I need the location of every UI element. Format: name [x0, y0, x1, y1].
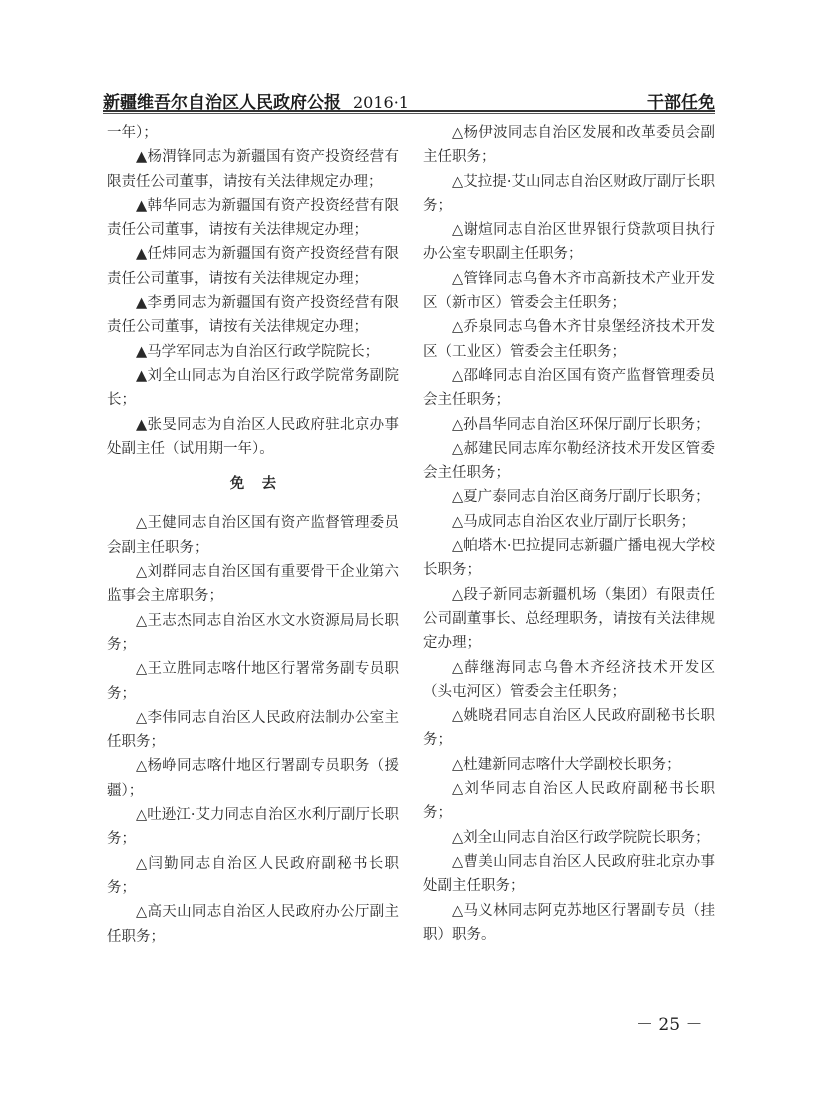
removal-item: △杜建新同志喀什大学副校长职务； [423, 753, 715, 777]
appointment-item: ▲刘全山同志为自治区行政学院常务副院长； [107, 364, 399, 413]
removal-item: △姚晓君同志自治区人民政府副秘书长职务； [423, 704, 715, 753]
removal-heading: 免去 [107, 472, 399, 496]
filled-triangle-icon: ▲ [136, 417, 147, 433]
removal-item: △刘群同志自治区国有重要骨干企业第六监事会主席职务； [107, 560, 399, 609]
hollow-triangle-icon: △ [452, 489, 463, 505]
hollow-triangle-icon: △ [452, 830, 463, 846]
removal-item: △杨伊波同志自治区发展和改革委员会副主任职务； [423, 121, 715, 170]
hollow-triangle-icon: △ [136, 807, 147, 823]
appointment-item: ▲李勇同志为新疆国有资产投资经营有限责任公司董事，请按有关法律规定办理； [107, 291, 399, 340]
hollow-triangle-icon: △ [136, 904, 147, 920]
appointment-item: ▲韩华同志为新疆国有资产投资经营有限责任公司董事，请按有关法律规定办理； [107, 194, 399, 243]
removal-item: △吐逊江·艾力同志自治区水利厅副厅长职务； [107, 803, 399, 852]
removal-item: △高天山同志自治区人民政府办公厅副主任职务； [107, 900, 399, 949]
removal-item: △曹美山同志自治区人民政府驻北京办事处副主任职务； [423, 850, 715, 899]
removal-item: △杨峥同志喀什地区行署副专员职务（援疆）； [107, 754, 399, 803]
removal-item: △刘华同志自治区人民政府副秘书长职务； [423, 777, 715, 826]
hollow-triangle-icon: △ [136, 661, 147, 677]
filled-triangle-icon: ▲ [136, 198, 147, 214]
removal-item: △李伟同志自治区人民政府法制办公室主任职务； [107, 706, 399, 755]
hollow-triangle-icon: △ [136, 515, 147, 531]
removal-item: △谢煊同志自治区世界银行贷款项目执行办公室专职副主任职务； [423, 218, 715, 267]
hollow-triangle-icon: △ [452, 319, 463, 335]
removal-item: △邵峰同志自治区国有资产监督管理委员会主任职务； [423, 364, 715, 413]
hollow-triangle-icon: △ [136, 856, 148, 872]
header-rule-thick [103, 110, 715, 112]
filled-triangle-icon: ▲ [136, 344, 147, 360]
hollow-triangle-icon: △ [452, 174, 463, 190]
removal-item: △薛继海同志乌鲁木齐经济技术开发区（头屯河区）管委会主任职务； [423, 656, 715, 705]
hollow-triangle-icon: △ [452, 708, 463, 724]
removal-item: △艾拉提·艾山同志自治区财政厅副厅长职务； [423, 170, 715, 219]
removal-item: △刘全山同志自治区行政学院院长职务； [423, 826, 715, 850]
hollow-triangle-icon: △ [452, 441, 463, 457]
running-header: 新疆维吾尔自治区人民政府公报2016·1 干部任免 [103, 88, 715, 110]
appointment-item: ▲马学军同志为自治区行政学院院长； [107, 340, 399, 364]
removal-item: △乔泉同志乌鲁木齐甘泉堡经济技术开发区（工业区）管委会主任职务； [423, 315, 715, 364]
header-rule-thin [103, 113, 715, 114]
filled-triangle-icon: ▲ [136, 246, 147, 262]
hollow-triangle-icon: △ [452, 903, 463, 919]
right-column: △杨伊波同志自治区发展和改革委员会副主任职务； △艾拉提·艾山同志自治区财政厅副… [423, 121, 715, 947]
hollow-triangle-icon: △ [452, 125, 463, 141]
appointment-item: ▲任炜同志为新疆国有资产投资经营有限责任公司董事，请按有关法律规定办理； [107, 242, 399, 291]
hollow-triangle-icon: △ [452, 222, 463, 238]
appointment-item: 一年）； [107, 121, 399, 145]
removal-item: △王志杰同志自治区水文水资源局局长职务； [107, 609, 399, 658]
hollow-triangle-icon: △ [452, 587, 463, 603]
hollow-triangle-icon: △ [452, 271, 463, 287]
appointment-item: ▲杨渭锋同志为新疆国有资产投资经营有限责任公司董事，请按有关法律规定办理； [107, 145, 399, 194]
hollow-triangle-icon: △ [452, 854, 463, 870]
removal-item: △孙昌华同志自治区环保厅副厅长职务； [423, 413, 715, 437]
appointment-item: ▲张旻同志为自治区人民政府驻北京办事处副主任（试用期一年）。 [107, 413, 399, 462]
filled-triangle-icon: ▲ [136, 295, 147, 311]
hollow-triangle-icon: △ [452, 781, 464, 797]
hollow-triangle-icon: △ [452, 660, 464, 676]
removal-item: △夏广泰同志自治区商务厅副厅长职务； [423, 485, 715, 509]
removal-item: △马义林同志阿克苏地区行署副专员（挂职）职务。 [423, 899, 715, 948]
removal-item: △郝建民同志库尔勒经济技术开发区管委会主任职务； [423, 437, 715, 486]
filled-triangle-icon: ▲ [136, 368, 147, 384]
left-column: 一年）； ▲杨渭锋同志为新疆国有资产投资经营有限责任公司董事，请按有关法律规定办… [107, 121, 399, 949]
hollow-triangle-icon: △ [136, 710, 147, 726]
hollow-triangle-icon: △ [136, 758, 147, 774]
page-number: － 25 － [636, 1010, 702, 1035]
removal-item: △闫勤同志自治区人民政府副秘书长职务； [107, 852, 399, 901]
removal-item: △马成同志自治区农业厅副厅长职务； [423, 510, 715, 534]
hollow-triangle-icon: △ [136, 613, 147, 629]
hollow-triangle-icon: △ [452, 368, 463, 384]
hollow-triangle-icon: △ [452, 538, 463, 554]
removal-item: △王健同志自治区国有资产监督管理委员会副主任职务； [107, 511, 399, 560]
hollow-triangle-icon: △ [452, 514, 463, 530]
hollow-triangle-icon: △ [136, 564, 147, 580]
hollow-triangle-icon: △ [452, 757, 463, 773]
removal-item: △王立胜同志喀什地区行署常务副专员职务； [107, 657, 399, 706]
hollow-triangle-icon: △ [452, 417, 463, 433]
removal-item: △帕塔木·巴拉提同志新疆广播电视大学校长职务； [423, 534, 715, 583]
removal-item: △段子新同志新疆机场（集团）有限责任公司副董事长、总经理职务，请按有关法律规定办… [423, 583, 715, 656]
filled-triangle-icon: ▲ [136, 149, 147, 165]
removal-item: △管锋同志乌鲁木齐市高新技术产业开发区（新市区）管委会主任职务； [423, 267, 715, 316]
